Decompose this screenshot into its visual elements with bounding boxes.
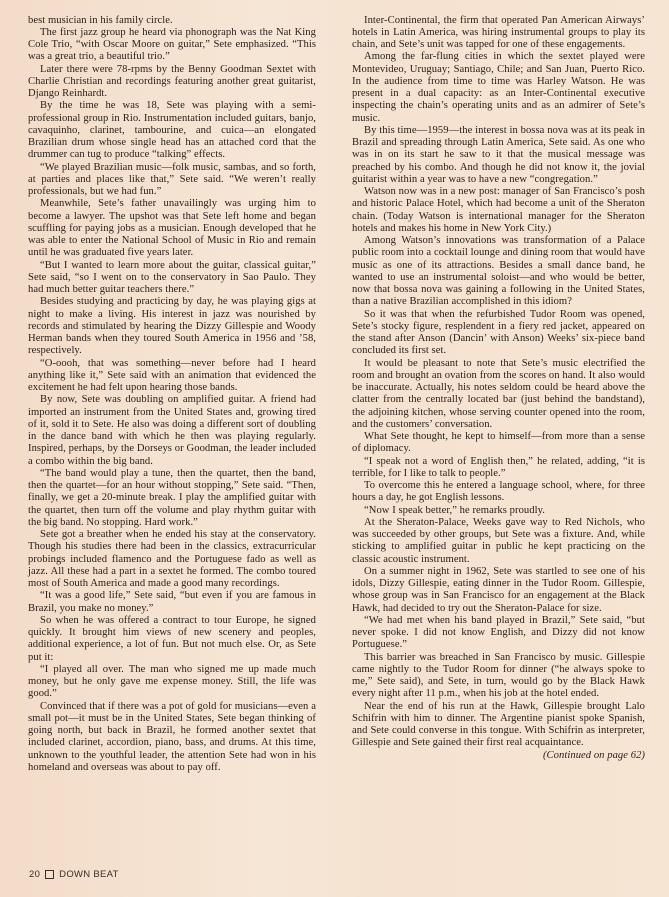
paragraph: On a summer night in 1962, Sete was star… xyxy=(352,566,645,615)
publication-name: DOWN BEAT xyxy=(59,869,119,880)
paragraph: “Now I speak better,” he remarks proudly… xyxy=(352,505,645,517)
page-number: 20 xyxy=(29,869,40,880)
paragraph: Meanwhile, Sete’s father unavailingly wa… xyxy=(28,198,316,259)
paragraph: Inter-Continental, the firm that operate… xyxy=(352,15,645,52)
paragraph: By this time—1959—the interest in bossa … xyxy=(352,125,645,186)
left-column: best musician in his family circle. The … xyxy=(28,15,316,775)
paragraph: Watson now was in a new post: manager of… xyxy=(352,186,645,235)
right-column: Inter-Continental, the firm that operate… xyxy=(352,15,645,762)
paragraph: “O-oooh, that was something—never before… xyxy=(28,358,316,395)
paragraph: “I played all over. The man who signed m… xyxy=(28,664,316,701)
paragraph: Among the far-flung cities in which the … xyxy=(352,51,645,125)
paragraph: Among Watson’s innovations was transform… xyxy=(352,235,645,309)
paragraph: So when he was offered a contract to tou… xyxy=(28,615,316,664)
paragraph: “I speak not a word of English then,” he… xyxy=(352,456,645,481)
page-footer: 20 DOWN BEAT xyxy=(29,869,119,880)
paragraph: “It was a good life,” Sete said, “but ev… xyxy=(28,590,316,615)
paragraph: This barrier was breached in San Francis… xyxy=(352,652,645,701)
continued-link: (Continued on page 62) xyxy=(531,750,645,762)
paragraph: The first jazz group he heard via phonog… xyxy=(28,27,316,64)
paragraph-text: Near the end of his run at the Hawk, Gil… xyxy=(352,701,645,749)
paragraph: “But I wanted to learn more about the gu… xyxy=(28,260,316,297)
paragraph: So it was that when the refurbished Tudo… xyxy=(352,309,645,358)
paragraph: “We had met when his band played in Braz… xyxy=(352,615,645,652)
paragraph: “We played Brazilian music—folk music, s… xyxy=(28,162,316,199)
paragraph: To overcome this he entered a language s… xyxy=(352,480,645,505)
paragraph: What Sete thought, he kept to himself—fr… xyxy=(352,431,645,456)
paragraph: Convinced that if there was a pot of gol… xyxy=(28,701,316,775)
paragraph: Sete got a breather when he ended his st… xyxy=(28,529,316,590)
paragraph: Later there were 78-rpms by the Benny Go… xyxy=(28,64,316,101)
paragraph: At the Sheraton-Palace, Weeks gave way t… xyxy=(352,517,645,566)
paragraph: Besides studying and practicing by day, … xyxy=(28,296,316,357)
magazine-page: best musician in his family circle. The … xyxy=(0,0,669,897)
paragraph: “The band would play a tune, then the qu… xyxy=(28,468,316,529)
hollow-square-icon xyxy=(45,870,54,879)
paragraph: By now, Sete was doubling on amplified g… xyxy=(28,394,316,468)
paragraph: By the time he was 18, Sete was playing … xyxy=(28,100,316,161)
paragraph: It would be pleasant to note that Sete’s… xyxy=(352,358,645,432)
paragraph: best musician in his family circle. xyxy=(28,15,316,27)
last-paragraph: Near the end of his run at the Hawk, Gil… xyxy=(352,701,645,750)
